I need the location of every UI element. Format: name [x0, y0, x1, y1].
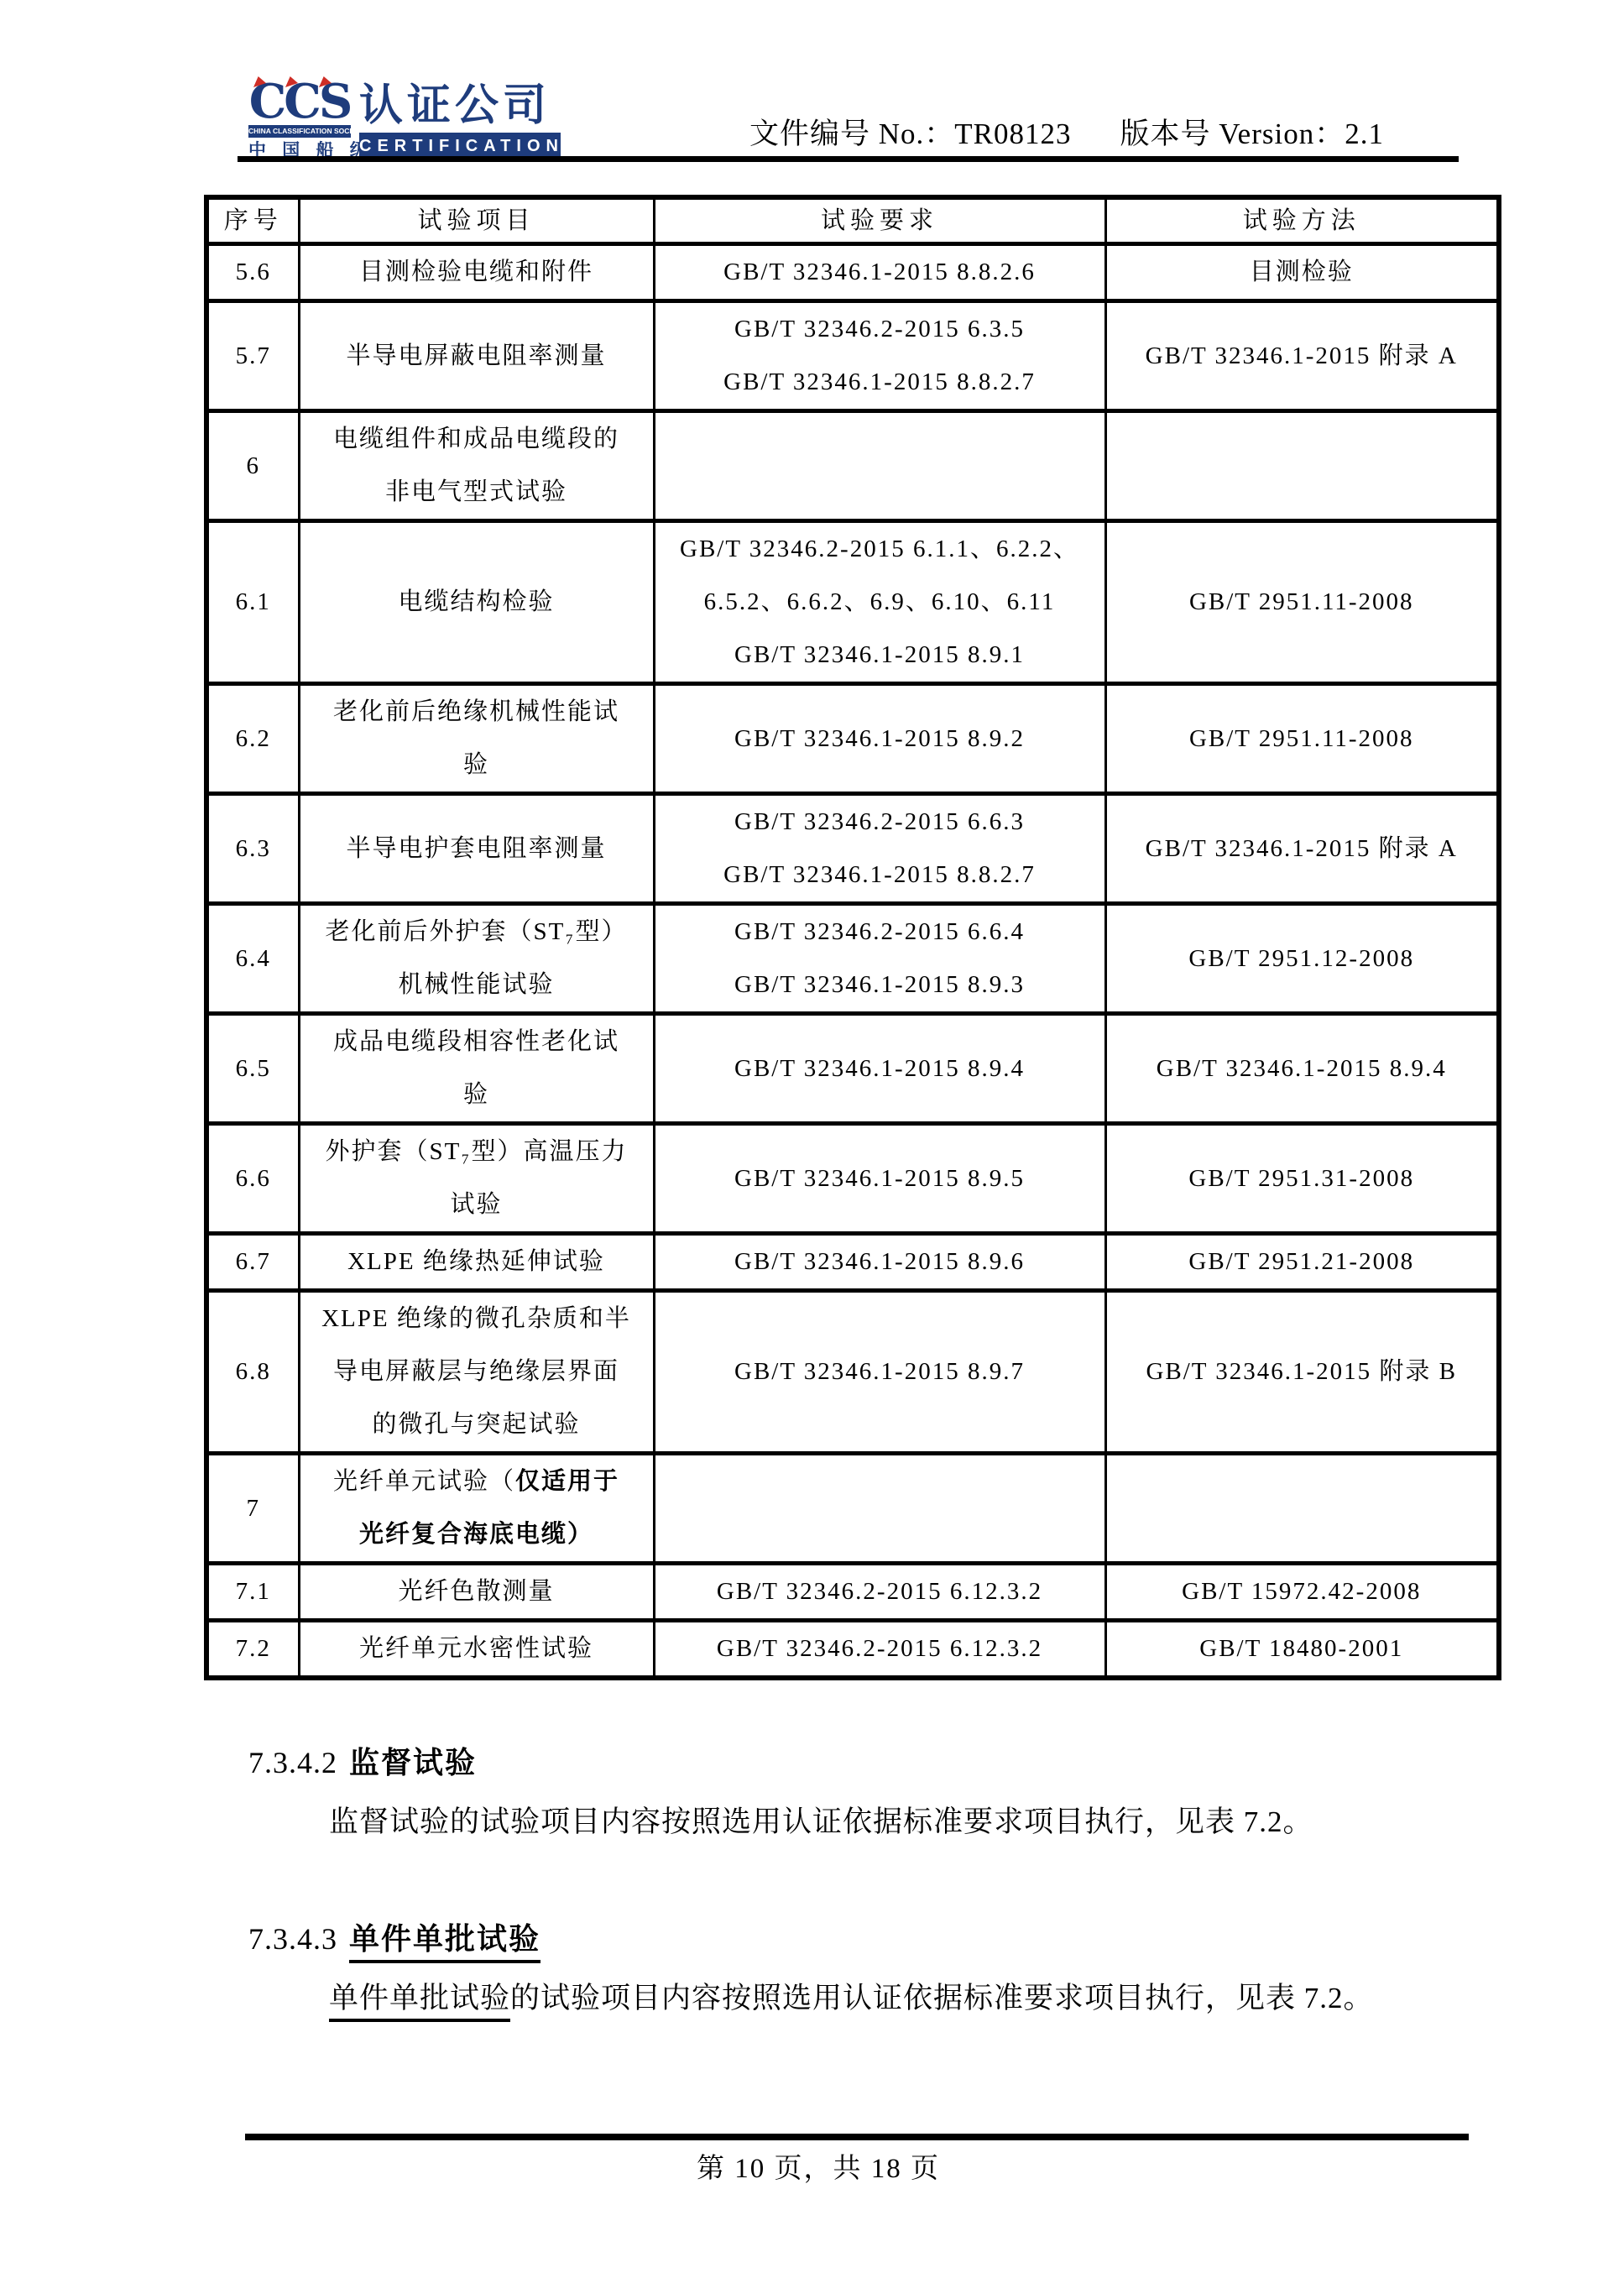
- cell-method: GB/T 2951.11-2008: [1105, 684, 1499, 794]
- cell-item: 半导电护套电阻率测量: [299, 794, 654, 904]
- section-supervision-test: 7.3.4.2监督试验 监督试验的试验项目内容按照选用认证依据标准要求项目执行，…: [248, 1742, 1474, 1843]
- header-divider: [238, 156, 1459, 162]
- cell-requirement: GB/T 32346.1-2015 8.9.6: [654, 1234, 1105, 1291]
- section-body-underlined: 单件单批试验: [329, 1982, 510, 2022]
- cell-method: GB/T 2951.12-2008: [1105, 904, 1499, 1014]
- table-row: 6.5 成品电缆段相容性老化试 验 GB/T 32346.1-2015 8.9.…: [206, 1014, 1499, 1124]
- section-title: 单件单批试验: [349, 1922, 540, 1963]
- cell-requirement: GB/T 32346.2-2015 6.6.3 GB/T 32346.1-201…: [654, 794, 1105, 904]
- section-single-batch-test: 7.3.4.3单件单批试验 单件单批试验的试验项目内容按照选用认证依据标准要求项…: [248, 1919, 1474, 2019]
- section-title: 监督试验: [349, 1746, 477, 1779]
- cell-no: 6.6: [206, 1124, 299, 1234]
- doc-no-label: 文件编号 No.：: [749, 118, 954, 150]
- table-header-row: 序号 试验项目 试验要求 试验方法: [206, 197, 1499, 244]
- cell-requirement: GB/T 32346.2-2015 6.12.3.2: [654, 1621, 1105, 1679]
- cell-item: 老化前后外护套（ST₇型） 机械性能试验: [299, 904, 654, 1014]
- ccs-logo-text: CCS: [248, 81, 351, 123]
- cell-requirement: GB/T 32346.2-2015 6.12.3.2: [654, 1564, 1105, 1621]
- cell-method: GB/T 2951.21-2008: [1105, 1234, 1499, 1291]
- section-heading: 7.3.4.3单件单批试验: [248, 1919, 1474, 1959]
- cell-method: 目测检验: [1105, 244, 1499, 301]
- cell-no: 6.1: [206, 521, 299, 684]
- cell-requirement: GB/T 32346.1-2015 8.9.2: [654, 684, 1105, 794]
- cell-requirement: GB/T 32346.2-2015 6.1.1、6.2.2、 6.5.2、6.6…: [654, 521, 1105, 684]
- cell-method: GB/T 32346.1-2015 附录 A: [1105, 301, 1499, 411]
- cell-method: GB/T 15972.42-2008: [1105, 1564, 1499, 1621]
- cell-requirement: [654, 411, 1105, 521]
- table-row: 5.6 目测检验电缆和附件 GB/T 32346.1-2015 8.8.2.6 …: [206, 244, 1499, 301]
- table-row: 6.6 外护套（ST₇型）高温压力 试验 GB/T 32346.1-2015 8…: [206, 1124, 1499, 1234]
- cell-item: 目测检验电缆和附件: [299, 244, 654, 301]
- section-number: 7.3.4.3: [248, 1922, 337, 1956]
- cell-method: [1105, 411, 1499, 521]
- ccs-logo-right: 认证公司 CERTIFICATION: [359, 82, 561, 159]
- cell-item: 光纤单元水密性试验: [299, 1621, 654, 1679]
- section-body: 单件单批试验的试验项目内容按照选用认证依据标准要求项目执行，见表 7.2。: [248, 1978, 1474, 2019]
- table-row: 7 光纤单元试验（仅适用于 光纤复合海底电缆）: [206, 1454, 1499, 1564]
- cell-method: GB/T 32346.1-2015 附录 A: [1105, 794, 1499, 904]
- cell-item: XLPE 绝缘热延伸试验: [299, 1234, 654, 1291]
- ccs-logo-left: CCS CHINA CLASSIFICATION SOCIETY 中 国 船 级…: [248, 81, 351, 161]
- section-body-rest: 的试验项目内容按照选用认证依据标准要求项目执行，见表 7.2。: [510, 1982, 1374, 2014]
- brand-name-cn: 认证公司: [359, 82, 561, 129]
- cell-item: 电缆组件和成品电缆段的 非电气型式试验: [299, 411, 654, 521]
- footer-divider: [245, 2134, 1469, 2140]
- page-number: 第 10 页，共 18 页: [206, 2150, 1431, 2187]
- cell-no: 6.8: [206, 1291, 299, 1454]
- table-row: 5.7 半导电屏蔽电阻率测量 GB/T 32346.2-2015 6.3.5 G…: [206, 301, 1499, 411]
- section-number: 7.3.4.2: [248, 1746, 337, 1779]
- col-header-requirement: 试验要求: [654, 197, 1105, 244]
- table-row: 6.1 电缆结构检验 GB/T 32346.2-2015 6.1.1、6.2.2…: [206, 521, 1499, 684]
- cell-no: 6.4: [206, 904, 299, 1014]
- cell-item: XLPE 绝缘的微孔杂质和半 导电屏蔽层与绝缘层界面 的微孔与突起试验: [299, 1291, 654, 1454]
- col-header-no: 序号: [206, 197, 299, 244]
- table-row: 6.2 老化前后绝缘机械性能试 验 GB/T 32346.1-2015 8.9.…: [206, 684, 1499, 794]
- cell-method: GB/T 2951.11-2008: [1105, 521, 1499, 684]
- section-heading: 7.3.4.2监督试验: [248, 1742, 1474, 1783]
- cell-item: 老化前后绝缘机械性能试 验: [299, 684, 654, 794]
- cell-item: 光纤单元试验（仅适用于 光纤复合海底电缆）: [299, 1454, 654, 1564]
- cell-no: 6.5: [206, 1014, 299, 1124]
- cell-requirement: GB/T 32346.1-2015 8.8.2.6: [654, 244, 1105, 301]
- cell-method: GB/T 32346.1-2015 8.9.4: [1105, 1014, 1499, 1124]
- document-page: CCS CHINA CLASSIFICATION SOCIETY 中 国 船 级…: [0, 0, 1624, 2278]
- cell-method: GB/T 18480-2001: [1105, 1621, 1499, 1679]
- section-body: 监督试验的试验项目内容按照选用认证依据标准要求项目执行，见表 7.2。: [248, 1801, 1474, 1843]
- cell-requirement: GB/T 32346.2-2015 6.3.5 GB/T 32346.1-201…: [654, 301, 1105, 411]
- cell-method: [1105, 1454, 1499, 1564]
- table-row: 6.7 XLPE 绝缘热延伸试验 GB/T 32346.1-2015 8.9.6…: [206, 1234, 1499, 1291]
- cell-no: 6.7: [206, 1234, 299, 1291]
- cell-no: 7.2: [206, 1621, 299, 1679]
- cell-no: 7: [206, 1454, 299, 1564]
- cell-method: GB/T 2951.31-2008: [1105, 1124, 1499, 1234]
- version-value: 2.1: [1345, 118, 1384, 150]
- doc-no-value: TR08123: [954, 118, 1071, 150]
- item-text-normal: 光纤单元试验（: [333, 1468, 515, 1495]
- table-row: 6.8 XLPE 绝缘的微孔杂质和半 导电屏蔽层与绝缘层界面 的微孔与突起试验 …: [206, 1291, 1499, 1454]
- cell-requirement: [654, 1454, 1105, 1564]
- cell-no: 6.2: [206, 684, 299, 794]
- cell-no: 6.3: [206, 794, 299, 904]
- cell-no: 5.7: [206, 301, 299, 411]
- cell-requirement: GB/T 32346.1-2015 8.9.7: [654, 1291, 1105, 1454]
- table-row: 6 电缆组件和成品电缆段的 非电气型式试验: [206, 411, 1499, 521]
- table-row: 7.1 光纤色散测量 GB/T 32346.2-2015 6.12.3.2 GB…: [206, 1564, 1499, 1621]
- test-items-table: 序号 试验项目 试验要求 试验方法 5.6 目测检验电缆和附件 GB/T 323…: [204, 195, 1501, 1680]
- cell-item: 外护套（ST₇型）高温压力 试验: [299, 1124, 654, 1234]
- document-meta: 文件编号 No.：TR08123版本号 Version：2.1: [749, 111, 1384, 153]
- cell-no: 6: [206, 411, 299, 521]
- cell-requirement: GB/T 32346.1-2015 8.9.5: [654, 1124, 1105, 1234]
- cell-item: 电缆结构检验: [299, 521, 654, 684]
- table-row: 6.4 老化前后外护套（ST₇型） 机械性能试验 GB/T 32346.2-20…: [206, 904, 1499, 1014]
- cell-no: 5.6: [206, 244, 299, 301]
- table-row: 6.3 半导电护套电阻率测量 GB/T 32346.2-2015 6.6.3 G…: [206, 794, 1499, 904]
- version-label: 版本号 Version：: [1120, 118, 1345, 150]
- table-row: 7.2 光纤单元水密性试验 GB/T 32346.2-2015 6.12.3.2…: [206, 1621, 1499, 1679]
- cell-requirement: GB/T 32346.1-2015 8.9.4: [654, 1014, 1105, 1124]
- cell-no: 7.1: [206, 1564, 299, 1621]
- col-header-item: 试验项目: [299, 197, 654, 244]
- col-header-method: 试验方法: [1105, 197, 1499, 244]
- cell-method: GB/T 32346.1-2015 附录 B: [1105, 1291, 1499, 1454]
- cell-requirement: GB/T 32346.2-2015 6.6.4 GB/T 32346.1-201…: [654, 904, 1105, 1014]
- cell-item: 成品电缆段相容性老化试 验: [299, 1014, 654, 1124]
- cell-item: 半导电屏蔽电阻率测量: [299, 301, 654, 411]
- ccs-logo: CCS CHINA CLASSIFICATION SOCIETY 中 国 船 级…: [248, 81, 561, 168]
- cell-item: 光纤色散测量: [299, 1564, 654, 1621]
